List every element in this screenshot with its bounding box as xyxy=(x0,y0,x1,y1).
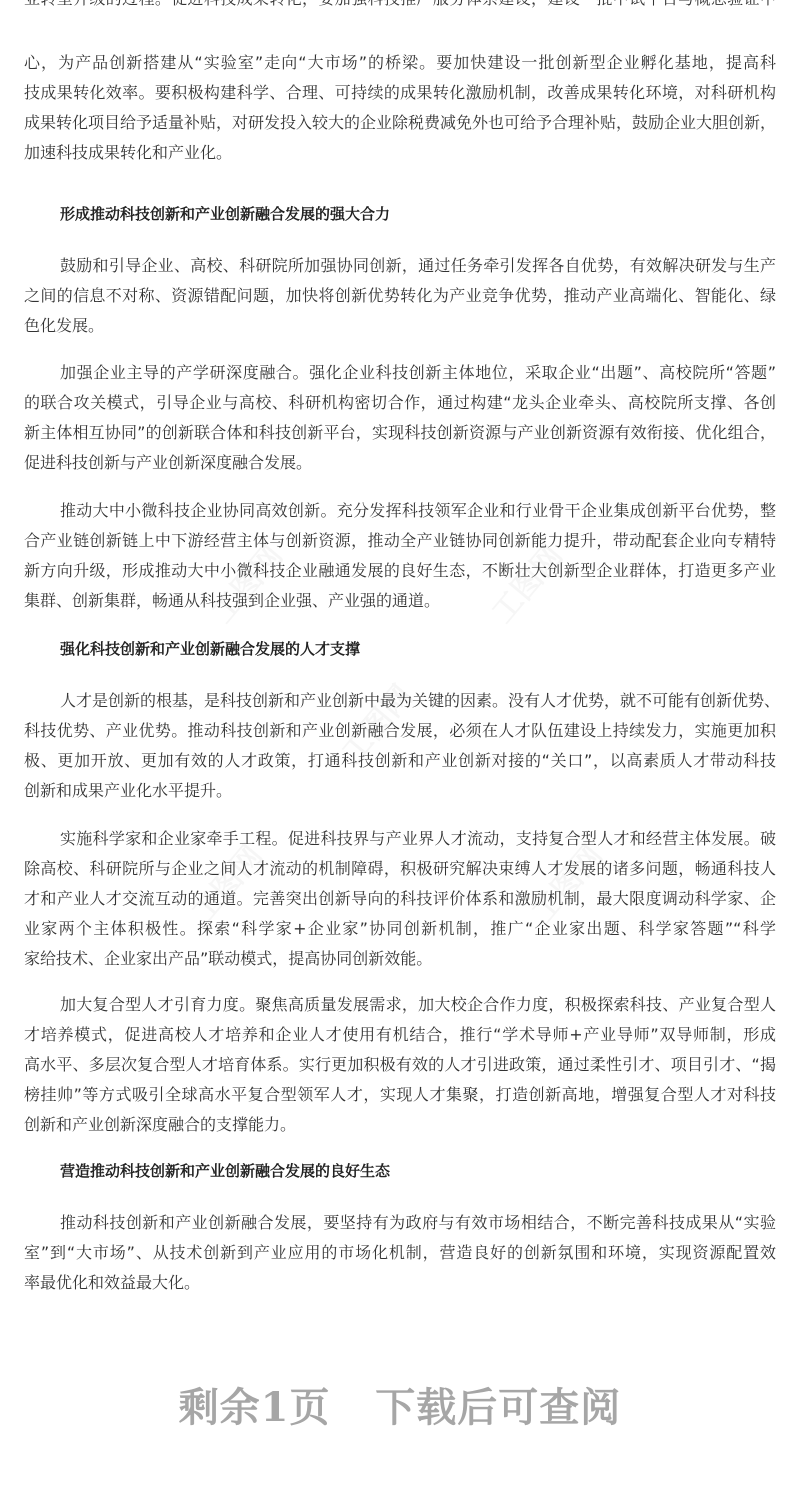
paragraph-line: 极、更加开放、更加有效的人才政策，打通科技创新和产业创新对接的“关口”，以高素质… xyxy=(24,746,776,776)
section-heading: 强化科技创新和产业创新融合发展的人才支撑 xyxy=(60,634,360,664)
section-heading: 形成推动科技创新和产业创新融合发展的强大合力 xyxy=(60,199,390,229)
paragraph-line: 鼓励和引导企业、高校、科研院所加强协同创新，通过任务牵引发挥各自优势，有效解决研… xyxy=(60,251,776,281)
paragraph-line: 创新和成果产业化水平提升。 xyxy=(24,776,776,806)
section-heading: 营造推动科技创新和产业创新融合发展的良好生态 xyxy=(60,1156,390,1186)
paragraph-line: 业家两个主体积极性。探索“科学家+企业家”协同创新机制，推广“企业家出题、科学家… xyxy=(24,914,776,944)
paragraph-line: 室”到“大市场”、从技术创新到产业应用的市场化机制，营造良好的创新氛围和环境，实… xyxy=(24,1238,776,1268)
paragraph-line: 之间的信息不对称、资源错配问题，加快将创新优势转化为产业竞争优势，推动产业高端化… xyxy=(24,281,776,311)
paragraph-line: 合产业链创新链上中下游经营主体与创新资源，推动全产业链协同创新能力提升，带动配套… xyxy=(24,526,776,556)
paragraph-line: 家给技术、企业家出产品”联动模式，提高协同创新效能。 xyxy=(24,944,776,974)
paragraph-line: 人才是创新的根基，是科技创新和产业创新中最为关键的因素。没有人才优势，就不可能有… xyxy=(60,686,776,716)
paragraph-line: 才和产业人才交流互动的通道。完善突出创新导向的科技评价体系和激励机制，最大限度调… xyxy=(24,884,776,914)
paragraph-line: 加大复合型人才引育力度。聚焦高质量发展需求，加大校企合作力度，积极探索科技、产业… xyxy=(60,990,776,1020)
paragraph-line: 成果转化项目给予适量补贴，对研发投入较大的企业除税费减免外也可给予合理补贴，鼓励… xyxy=(24,108,776,138)
paragraph-line: 技成果转化效率。要积极构建科学、合理、可持续的成果转化激励机制，改善成果转化环境… xyxy=(24,78,776,108)
paragraph-line: 集群、创新集群，畅通从科技强到企业强、产业强的通道。 xyxy=(24,586,776,616)
paragraph-line: 率最优化和效益最大化。 xyxy=(24,1268,776,1298)
paragraph-line: 除高校、科研院所与企业之间人才流动的机制障碍，积极研究解决束缚人才发展的诸多问题… xyxy=(24,854,776,884)
paragraph-line: 推动科技创新和产业创新融合发展，要坚持有为政府与有效市场相结合，不断完善科技成果… xyxy=(60,1208,776,1238)
paragraph-line: 实施科学家和企业家牵手工程。促进科技界与产业界人才流动，支持复合型人才和经营主体… xyxy=(60,824,776,854)
paragraph-line: 新主体相互协同”的创新联合体和科技创新平台，实现科技创新资源与产业创新资源有效衔… xyxy=(24,418,776,448)
paragraph-line: 创新和产业创新深度融合的支撑能力。 xyxy=(24,1110,776,1140)
paragraph-line: 心，为产品创新搭建从“实验室”走向“大市场”的桥梁。要加快建设一批创新型企业孵化… xyxy=(24,48,776,78)
paragraph-line: 才培养模式，促进高校人才培养和企业人才使用有机结合，推行“学术导师+产业导师”双… xyxy=(24,1020,776,1050)
paragraph-line: 榜挂帅”等方式吸引全球高水平复合型领军人才，实现人才集聚，打造创新高地，增强复合… xyxy=(24,1080,776,1110)
paragraph-line: 加强企业主导的产学研深度融合。强化企业科技创新主体地位，采取企业“出题”、高校院… xyxy=(60,358,776,388)
paragraph-line: 新方向升级，形成推动大中小微科技企业融通发展的良好生态，不断壮大创新型企业群体，… xyxy=(24,556,776,586)
paragraph-line: 促进科技创新与产业创新深度融合发展。 xyxy=(24,448,776,478)
clipped-top-line: 业转型升级的过程。促进科技成果转化，要加强科技推广服务体系建设，建设一批中试平台… xyxy=(24,0,776,14)
paragraph-line: 的联合攻关模式，引导企业与高校、科研机构密切合作，通过构建“龙头企业牵头、高校院… xyxy=(24,388,776,418)
paragraph-line: 高水平、多层次复合型人才培育体系。实行更加积极有效的人才引进政策，通过柔性引才、… xyxy=(24,1050,776,1080)
paragraph-line: 色化发展。 xyxy=(24,311,776,341)
remaining-pages-download-prompt[interactable]: 剩余1页 下载后可查阅 xyxy=(0,1380,800,1436)
paragraph-line: 科技优势、产业优势。推动科技创新和产业创新融合发展，必须在人才队伍建设上持续发力… xyxy=(24,716,776,746)
paragraph-line: 加速科技成果转化和产业化。 xyxy=(24,138,776,168)
paragraph-line: 推动大中小微科技企业协同高效创新。充分发挥科技领军企业和行业骨干企业集成创新平台… xyxy=(60,496,776,526)
